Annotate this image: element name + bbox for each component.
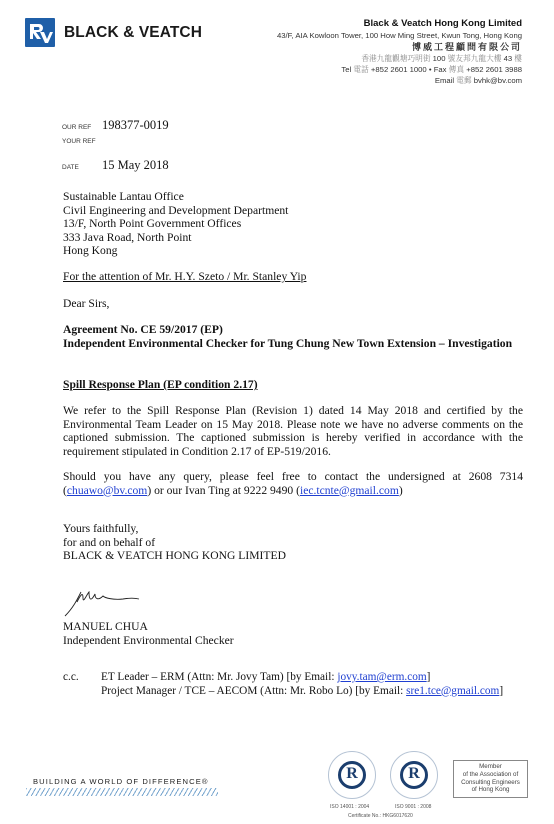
company-email: bvhk@bv.com <box>474 76 522 85</box>
recipient-address: Sustainable Lantau Office Civil Engineer… <box>63 190 523 258</box>
acehk-member-badge: Member of the Association of Consulting … <box>453 760 528 798</box>
iso-14001-seal-icon: R <box>328 751 376 799</box>
contact-phone-fax: Tel 電話 +852 2601 1000 • Fax 傳真 +852 2601… <box>277 64 522 75</box>
our-ref-row: OUR REF 198377-0019 <box>62 118 169 138</box>
address-cn: 香港九龍觀塘巧明街 100 號友邦九龍大樓 43 樓 <box>277 53 522 64</box>
iso-9001-seal-icon: R <box>390 751 438 799</box>
cc-entry: Project Manager / TCE – AECOM (Attn: Mr.… <box>101 685 503 699</box>
signatory: MANUEL CHUA Independent Environmental Ch… <box>63 620 523 647</box>
email-link-jovy[interactable]: jovy.tam@erm.com <box>337 671 426 683</box>
hatch-stripe-decoration <box>26 788 218 796</box>
letterhead-address: Black & Veatch Hong Kong Limited 43/F, A… <box>277 17 522 86</box>
signature-image <box>63 588 143 623</box>
email-link-iec[interactable]: iec.tcnte@gmail.com <box>300 484 399 497</box>
our-ref-value: 198377-0019 <box>102 118 169 133</box>
cc-entry: ET Leader – ERM (Attn: Mr. Jovy Tam) [by… <box>101 671 503 685</box>
closing: Yours faithfully, for and on behalf of B… <box>63 522 523 563</box>
email-link-chuawo[interactable]: chuawo@bv.com <box>67 484 147 497</box>
bv-logo-icon <box>25 18 55 47</box>
fax-number: +852 2601 3988 <box>466 65 522 74</box>
email-link-sre1[interactable]: sre1.tce@gmail.com <box>406 685 499 697</box>
iso-14001-caption: ISO 14001 : 2004 <box>330 804 369 810</box>
cc-block: c.c. ET Leader – ERM (Attn: Mr. Jovy Tam… <box>63 671 503 698</box>
date-value: 15 May 2018 <box>102 158 169 173</box>
your-ref-row: YOUR REF <box>62 138 169 158</box>
footer-tagline: BUILDING A WORLD OF DIFFERENCE® <box>33 777 209 786</box>
tel-number: +852 2601 1000 <box>371 65 427 74</box>
signatory-name: MANUEL CHUA <box>63 620 523 634</box>
date-row: DATE 15 May 2018 <box>62 158 169 178</box>
certificate-number: Certificate No.: HKG6017620 <box>348 813 413 819</box>
section-heading: Spill Response Plan (EP condition 2.17) <box>63 378 523 392</box>
company-logo: BLACK & VEATCH <box>25 18 202 47</box>
attention-line: For the attention of Mr. H.Y. Szeto / Mr… <box>63 270 523 284</box>
reference-block: OUR REF 198377-0019 YOUR REF DATE 15 May… <box>62 118 169 178</box>
logo-text: BLACK & VEATCH <box>64 24 202 42</box>
salutation: Dear Sirs, <box>63 297 523 311</box>
company-name: Black & Veatch Hong Kong Limited <box>277 17 522 30</box>
cc-list: ET Leader – ERM (Attn: Mr. Jovy Tam) [by… <box>101 671 503 698</box>
contact-email: Email 電郵 bvhk@bv.com <box>277 75 522 86</box>
iso-9001-caption: ISO 9001 : 2008 <box>395 804 431 810</box>
paragraph-contact: Should you have any query, please feel f… <box>63 470 523 497</box>
signatory-title: Independent Environmental Checker <box>63 634 523 648</box>
paragraph-verification: We refer to the Spill Response Plan (Rev… <box>63 404 523 458</box>
agreement-number: Agreement No. CE 59/2017 (EP) <box>63 323 523 337</box>
subject-title: Independent Environmental Checker for Tu… <box>63 337 523 351</box>
company-name-cn: 博威工程顧問有限公司 <box>277 41 522 53</box>
address-en: 43/F, AIA Kowloon Tower, 100 How Ming St… <box>277 30 522 41</box>
